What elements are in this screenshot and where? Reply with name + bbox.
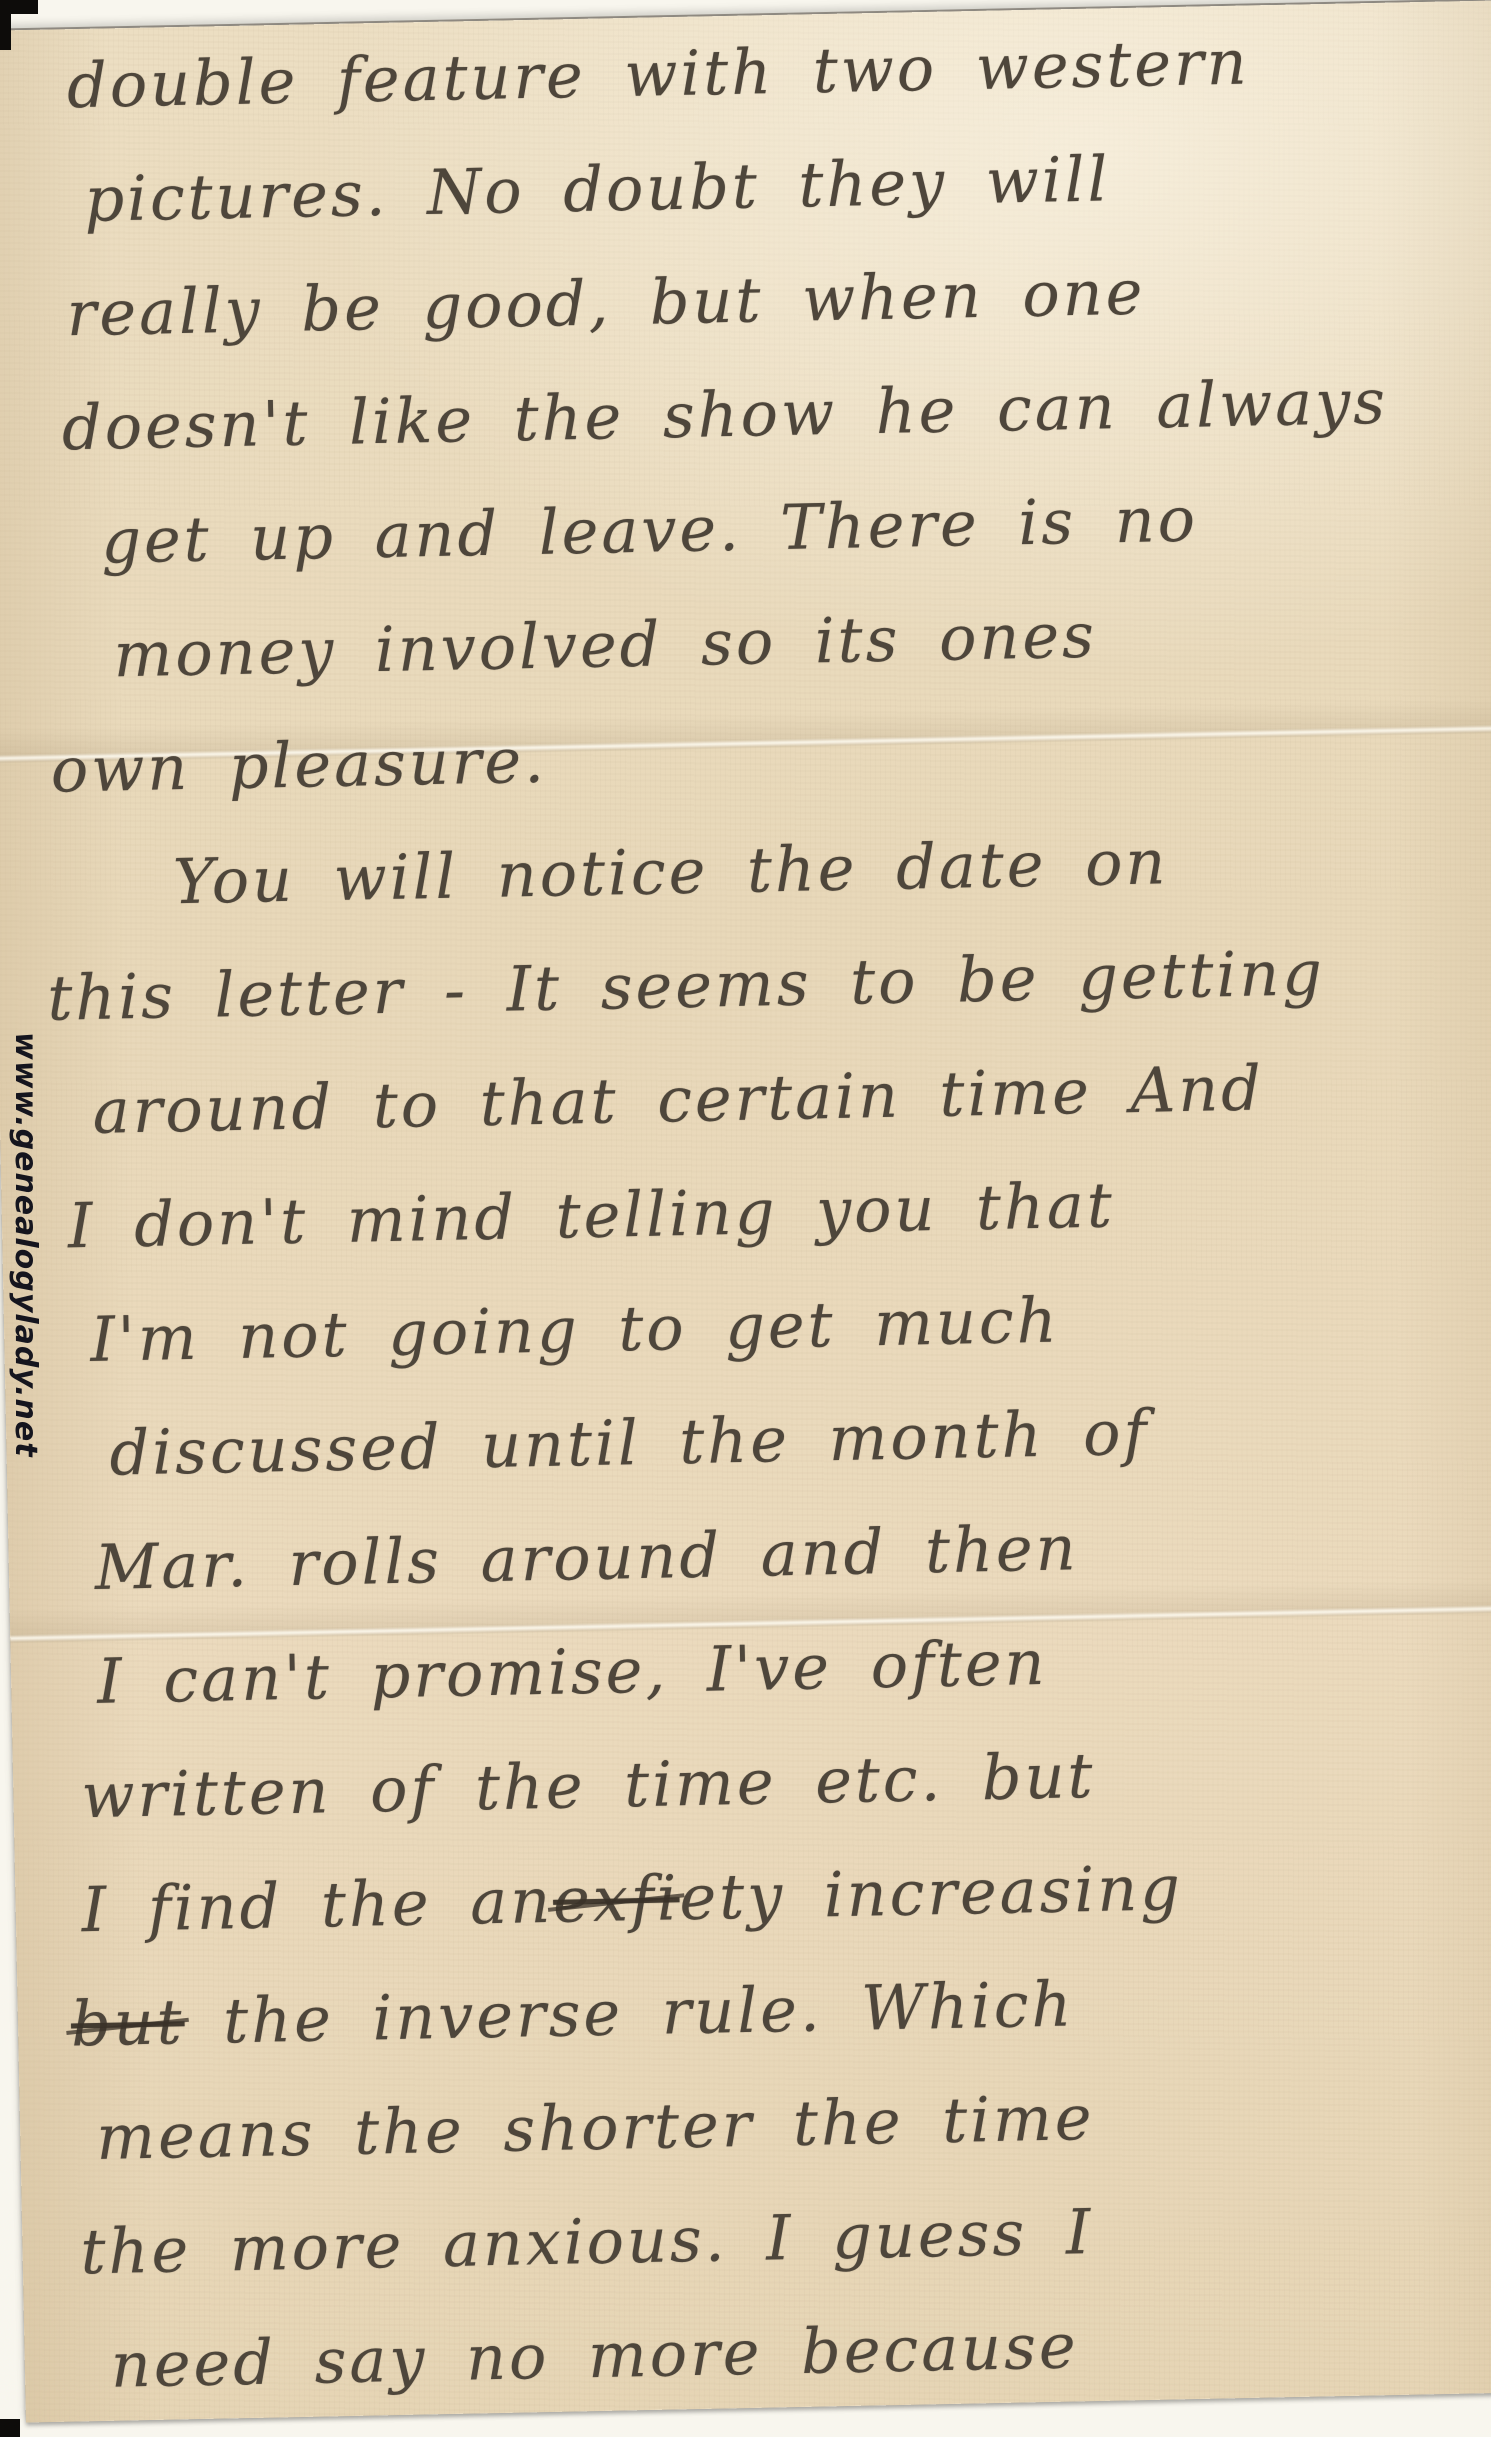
scanner-edge-mark: [0, 0, 11, 50]
scanner-edge-mark: [0, 2419, 20, 2437]
watermark-text: www.genealogylady.net: [8, 1032, 43, 1472]
line-text: the inverse rule. Which: [184, 1967, 1075, 2058]
line-text: I find the an: [81, 1864, 554, 1946]
struck-word: exfi: [552, 1861, 680, 1937]
handwriting-block: double feature with two western pictures…: [6, 1, 1491, 2424]
scanned-letter-page: { "scan": { "watermark": "www.genealogyl…: [0, 0, 1491, 2437]
struck-word: but: [70, 1985, 185, 2060]
letter-page: double feature with two western pictures…: [0, 0, 1491, 2423]
line-text: ety increasing: [679, 1851, 1184, 1934]
